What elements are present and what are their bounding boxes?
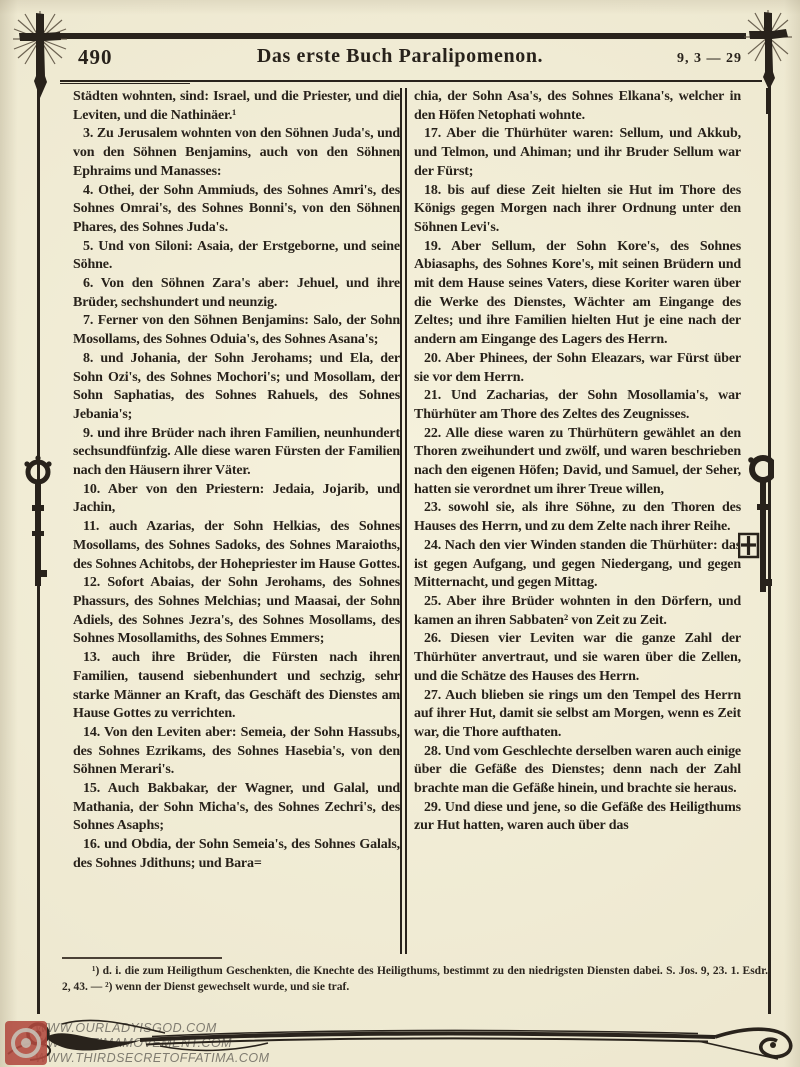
verse-paragraph: 25. Aber ihre Brüder wohnten in den Dörf… — [414, 593, 741, 630]
verse-paragraph: 15. Auch Bakbakar, der Wagner, und Galal… — [73, 780, 400, 836]
verse-paragraph: 11. auch Azarias, der Sohn Helkias, des … — [73, 518, 400, 574]
verse-paragraph: 21. Und Zacharias, der Sohn Mosollamia's… — [414, 387, 741, 424]
verse-paragraph: 6. Von den Söhnen Zara's aber: Jehuel, u… — [73, 275, 400, 312]
footnote-text: ¹) d. i. die zum Heiligthum Geschenkten,… — [62, 964, 768, 995]
verse-paragraph: 19. Aber Sellum, der Sohn Kore's, des So… — [414, 238, 741, 350]
verse-paragraph: 13. auch ihre Brüder, die Fürsten nach i… — [73, 649, 400, 724]
verse-paragraph: 4. Othei, der Sohn Ammiuds, des Sohnes A… — [73, 182, 400, 238]
text-columns: Städten wohnten, sind: Israel, und die P… — [73, 88, 741, 954]
verse-paragraph: 23. sowohl sie, als ihre Söhne, zu den T… — [414, 499, 741, 536]
verse-paragraph: 24. Nach den vier Winden standen die Thü… — [414, 537, 741, 593]
verse-paragraph: 8. und Johania, der Sohn Jerohams; und E… — [73, 350, 400, 425]
verse-paragraph: chia, der Sohn Asa's, des Sohnes Elkana'… — [414, 88, 741, 125]
verse-paragraph: 20. Aber Phinees, der Sohn Eleazars, war… — [414, 350, 741, 387]
right-column: chia, der Sohn Asa's, des Sohnes Elkana'… — [414, 88, 741, 954]
verse-paragraph: 27. Auch blieben sie rings um den Tempel… — [414, 687, 741, 743]
verse-paragraph: 7. Ferner von den Söhnen Benjamins: Salo… — [73, 312, 400, 349]
verse-paragraph: 22. Alle diese waren zu Thürhütern gewäh… — [414, 425, 741, 500]
radiant-cross-icon — [742, 6, 794, 114]
verse-paragraph: 26. Diesen vier Leviten war die ganze Za… — [414, 630, 741, 686]
key-ornament-icon — [23, 455, 53, 587]
red-seal-logo-icon — [5, 1021, 47, 1065]
footnote-separator-rule — [62, 957, 222, 959]
radiant-cross-icon — [10, 8, 70, 100]
scanned-bible-page: { "header": { "page_number": "490", "tit… — [0, 0, 800, 1067]
verse-paragraph: 5. Und von Siloni: Asaia, der Erstgeborn… — [73, 238, 400, 275]
chapter-verse-range: 9, 3 — 29 — [677, 51, 742, 67]
verse-paragraph: 16. und Obdia, der Sohn Semeia's, des So… — [73, 836, 400, 873]
verse-paragraph: 12. Sofort Abaias, der Sohn Jerohams, de… — [73, 574, 400, 649]
verse-paragraph: 18. bis auf diese Zeit hielten sie Hut i… — [414, 182, 741, 238]
verse-paragraph: 28. Und vom Geschlechte derselben waren … — [414, 743, 741, 799]
verse-paragraph: 29. Und diese und jene, so die Gefäße de… — [414, 799, 741, 836]
header-underline-accent — [60, 83, 190, 84]
verse-paragraph: 14. Von den Leviten aber: Semeia, der So… — [73, 724, 400, 780]
verse-paragraph: 9. und ihre Brüder nach ihren Familien, … — [73, 425, 400, 481]
verse-paragraph: 17. Aber die Thürhüter waren: Sellum, un… — [414, 125, 741, 181]
verse-paragraph: 10. Aber von den Priestern: Jedaia, Joja… — [73, 481, 400, 518]
verse-paragraph: 3. Zu Jerusalem wohnten von den Söhnen J… — [73, 125, 400, 181]
left-column: Städten wohnten, sind: Israel, und die P… — [73, 88, 400, 954]
verse-paragraph: Städten wohnten, sind: Israel, und die P… — [73, 88, 400, 125]
scroll-flourish-icon — [0, 1010, 800, 1067]
header-underline-rule — [60, 80, 762, 82]
key-with-banner-icon — [738, 450, 774, 592]
top-border-rule — [56, 33, 746, 39]
